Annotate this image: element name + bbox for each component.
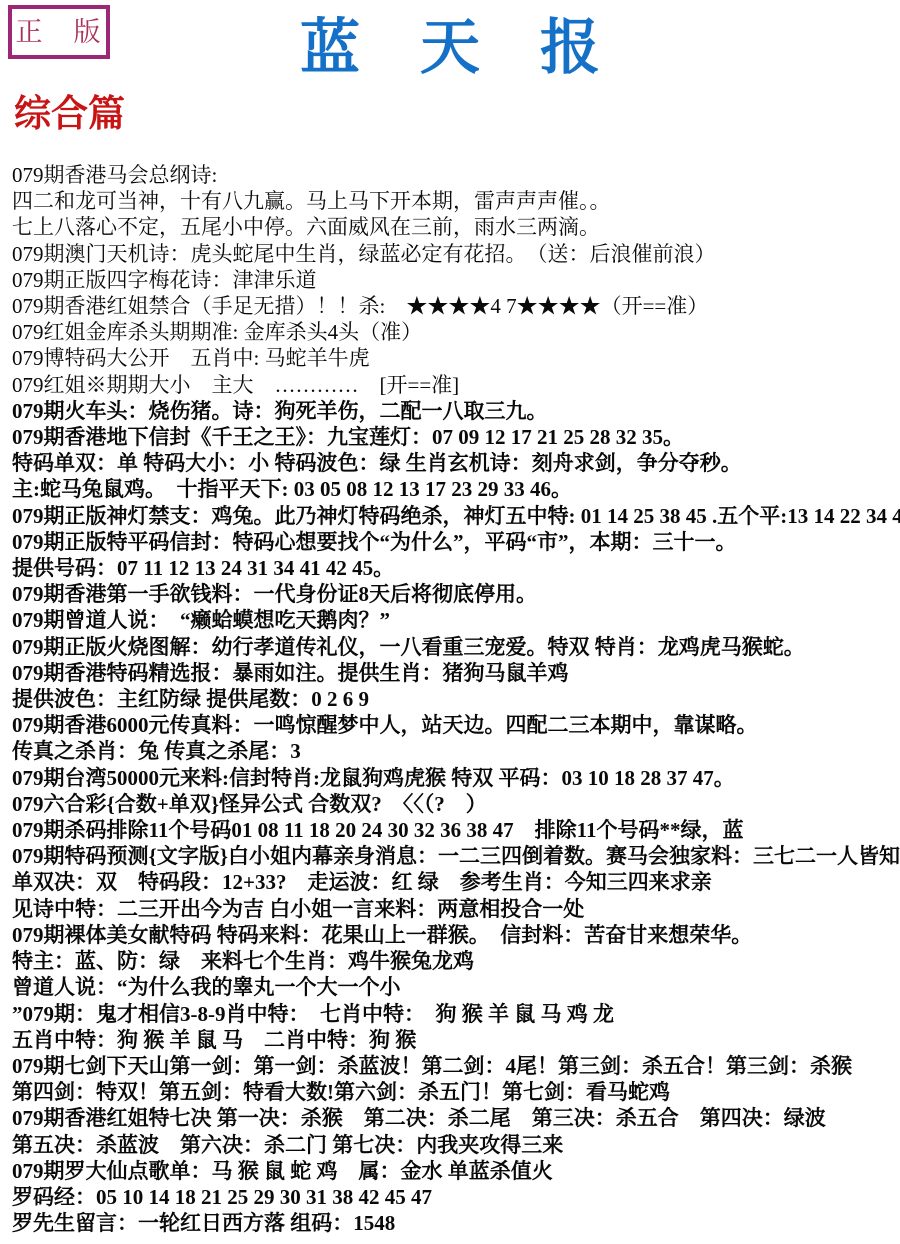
text-line: 079期香港红姐禁合（手足无措）！！杀: ★★★★4 7★★★★（开==准） — [12, 293, 900, 319]
text-line: 079红姐金库杀头期期准: 金库杀头4头（准） — [12, 319, 900, 345]
text-line: 四二和龙可当神，十有八九赢。马上马下开本期，雷声声声催。。 — [12, 188, 900, 214]
text-line: 079博特码大公开 五肖中: 马蛇羊牛虎 — [12, 345, 900, 371]
text-line: 079期裸体美女献特码 特码来料：花果山上一群猴。 信封料：苦奋甘来想荣华。 — [12, 922, 900, 948]
text-line: 079期正版神灯禁支：鸡兔。此乃神灯特码绝杀，神灯五中特: 01 14 25 3… — [12, 503, 900, 529]
text-line: 079期香港地下信封《千王之王》：九宝莲灯：07 09 12 17 21 25 … — [12, 424, 900, 450]
text-line: 五肖中特：狗 猴 羊 鼠 马 二肖中特：狗 猴 — [12, 1027, 900, 1053]
text-line: 罗先生留言：一轮红日西方落 组码：1548 — [12, 1210, 900, 1236]
authenticity-badge: 正 版 — [8, 5, 110, 59]
text-line: 第四剑：特双！第五剑：特看大数!第六剑：杀五门！第七剑：看马蛇鸡 — [12, 1079, 900, 1105]
text-line: 079期曾道人说： “癞蛤蟆想吃天鹅肉？” — [12, 607, 900, 633]
text-line: 特主：蓝、防：绿 来料七个生肖：鸡牛猴兔龙鸡 — [12, 948, 900, 974]
content-lines: 079期香港马会总纲诗:四二和龙可当神，十有八九赢。马上马下开本期，雷声声声催。… — [12, 162, 900, 1236]
text-line: 079六合彩{合数+单双}怪异公式 合数双? 〈〈（? ） — [12, 791, 900, 817]
text-line: 079期香港红姐特七决 第一决：杀猴 第二决：杀二尾 第三决：杀五合 第四决：绿… — [12, 1105, 900, 1131]
page-title: 蓝 天 报 — [0, 0, 900, 84]
section-heading: 综合篇 — [14, 94, 900, 135]
text-line: 079期香港特码精选报：暴雨如注。提供生肖：猪狗马鼠羊鸡 — [12, 660, 900, 686]
text-line: 主:蛇马兔鼠鸡。 十指平天下: 03 05 08 12 13 17 23 29 … — [12, 476, 900, 502]
text-line: 079期罗大仙点歌单：马 猴 鼠 蛇 鸡 属：金水 单蓝杀值火 — [12, 1158, 900, 1184]
newspaper-page: 正 版 蓝 天 报 综合篇 079期香港马会总纲诗:四二和龙可当神，十有八九赢。… — [0, 0, 900, 1236]
text-line: 079期火车头：烧伤猪。诗：狗死羊伤，二配一八取三九。 — [12, 398, 900, 424]
text-line: 单双决：双 特码段：12+33? 走运波：红 绿 参考生肖：今知三四来求亲 — [12, 869, 900, 895]
text-line: 079红姐※期期大小 主大 ………… [开==准] — [12, 372, 900, 398]
text-line: 传真之杀肖：兔 传真之杀尾：3 — [12, 738, 900, 764]
text-line: 079期正版火烧图解：幼行孝道传礼仪，一八看重三宠爱。特双 特肖：龙鸡虎马猴蛇。 — [12, 634, 900, 660]
text-line: 特码单双：单 特码大小：小 特码波色：绿 生肖玄机诗：刻舟求剑，争分夺秒。 — [12, 450, 900, 476]
text-line: 079期杀码排除11个号码01 08 11 18 20 24 30 32 36 … — [12, 817, 900, 843]
text-line: 079期香港6000元传真料：一鸣惊醒梦中人，站天边。四配二三本期中，靠谋略。 — [12, 712, 900, 738]
text-line: 罗码经：05 10 14 18 21 25 29 30 31 38 42 45 … — [12, 1184, 900, 1210]
text-line: 提供波色：主红防绿 提供尾数：0 2 6 9 — [12, 686, 900, 712]
text-line: 七上八落心不定，五尾小中停。六面威风在三前，雨水三两滴。 — [12, 214, 900, 240]
badge-label: 正 版 — [16, 17, 103, 47]
text-line: 079期台湾50000元来料:信封特肖:龙鼠狗鸡虎猴 特双 平码：03 10 1… — [12, 765, 900, 791]
text-line: 079期正版四字梅花诗：津津乐道 — [12, 267, 900, 293]
text-line: 见诗中特：二三开出今为吉 白小姐一言来料：两意相投合一处 — [12, 896, 900, 922]
text-line: 079期正版特平码信封：特码心想要找个“为什么”，平码“市”，本期：三十一。 — [12, 529, 900, 555]
text-line: 079期香港马会总纲诗: — [12, 162, 900, 188]
text-line: 079期澳门天机诗：虎头蛇尾中生肖，绿蓝必定有花招。 （送：后浪催前浪） — [12, 241, 900, 267]
text-line: 提供号码：07 11 12 13 24 31 34 41 42 45。 — [12, 555, 900, 581]
text-line: 079期七剑下天山第一剑：第一剑：杀蓝波！第二剑：4尾！第三剑：杀五合！第三剑：… — [12, 1053, 900, 1079]
text-line: 第五决：杀蓝波 第六决：杀二门 第七决：内我夹攻得三来 — [12, 1132, 900, 1158]
text-line: 079期香港第一手欲钱料：一代身份证8天后将彻底停用。 — [12, 581, 900, 607]
text-line: 曾道人说：“为什么我的睾丸一个大一个小 — [12, 974, 900, 1000]
text-line: 079期特码预测{文字版}白小姐内幕亲身消息：一二三四倒着数。赛马会独家料：三七… — [12, 843, 900, 869]
text-line: ”079期：鬼才相信3-8-9肖中特： 七肖中特： 狗 猴 羊 鼠 马 鸡 龙 — [12, 1001, 900, 1027]
